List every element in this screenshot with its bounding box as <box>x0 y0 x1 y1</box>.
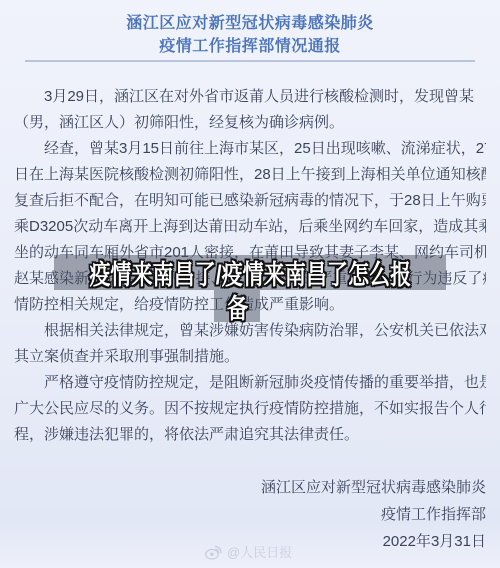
notice-image: 涵江区应对新型冠状病毒感染肺炎 疫情工作指挥部情况通报 3月29日，涵江区在对外… <box>0 0 500 568</box>
body-line: 广大公民应尽的义务。因不按规定执行疫情防控措施，不如实报告个人行 <box>14 396 486 422</box>
signature-block: 涵江区应对新型冠状病毒感染肺炎 疫情工作指挥部 2022年3月31日 <box>261 474 486 555</box>
caption-overlay: 疫情来南昌了/疫情来南昌了怎么报 备 <box>0 255 500 322</box>
title-divider <box>25 60 475 62</box>
body-line: 乘D3205次动车离开上海到达莆田动车站，后乘坐网约车回家，造成其乘 <box>14 214 486 240</box>
watermark: @人民日报 <box>204 541 292 561</box>
notice-title-line1: 涵江区应对新型冠状病毒感染肺炎 <box>0 12 500 35</box>
notice-title-line2: 疫情工作指挥部情况通报 <box>0 35 500 58</box>
body-line: 复查后拒不配合，在明知可能已感染新冠病毒的情况下，于28日上午购票 <box>14 188 486 214</box>
caption-text-line1: 疫情来南昌了/疫情来南昌了怎么报 <box>89 253 411 292</box>
body-line: 日在上海某医院核酸检测初筛阳性，28日上午接到上海相关单位通知核酸 <box>14 162 486 188</box>
notice-title: 涵江区应对新型冠状病毒感染肺炎 疫情工作指挥部情况通报 <box>0 12 500 58</box>
signature-org-line2: 疫情工作指挥部 <box>261 501 486 528</box>
caption-text-line2: 备 <box>226 287 247 326</box>
body-line: 3月29日，涵江区在对外省市返莆人员进行核酸检测时，发现曾某 <box>14 84 486 110</box>
body-line: 其立案侦查并采取刑事强制措施。 <box>14 344 486 370</box>
weibo-icon <box>204 542 223 561</box>
signature-date: 2022年3月31日 <box>261 528 486 555</box>
body-line: 严格遵守疫情防控规定，是阻断新冠肺炎疫情传播的重要举措，也是 <box>14 370 486 396</box>
signature-org-line1: 涵江区应对新型冠状病毒感染肺炎 <box>261 474 486 501</box>
watermark-handle: @人民日报 <box>227 542 292 561</box>
caption-band-line1: 疫情来南昌了/疫情来南昌了怎么报 <box>54 255 446 290</box>
body-line: 经查，曾某3月15日前往上海市某区，25日出现咳嗽、流涕症状，27 <box>14 136 486 162</box>
caption-band-line2: 备 <box>214 290 260 322</box>
body-line: （男，涵江区人）初筛阳性，经复核为确诊病例。 <box>14 110 486 136</box>
body-line: 程，涉嫌违法犯罪的，将依法严肃追究其法律责任。 <box>14 422 486 448</box>
